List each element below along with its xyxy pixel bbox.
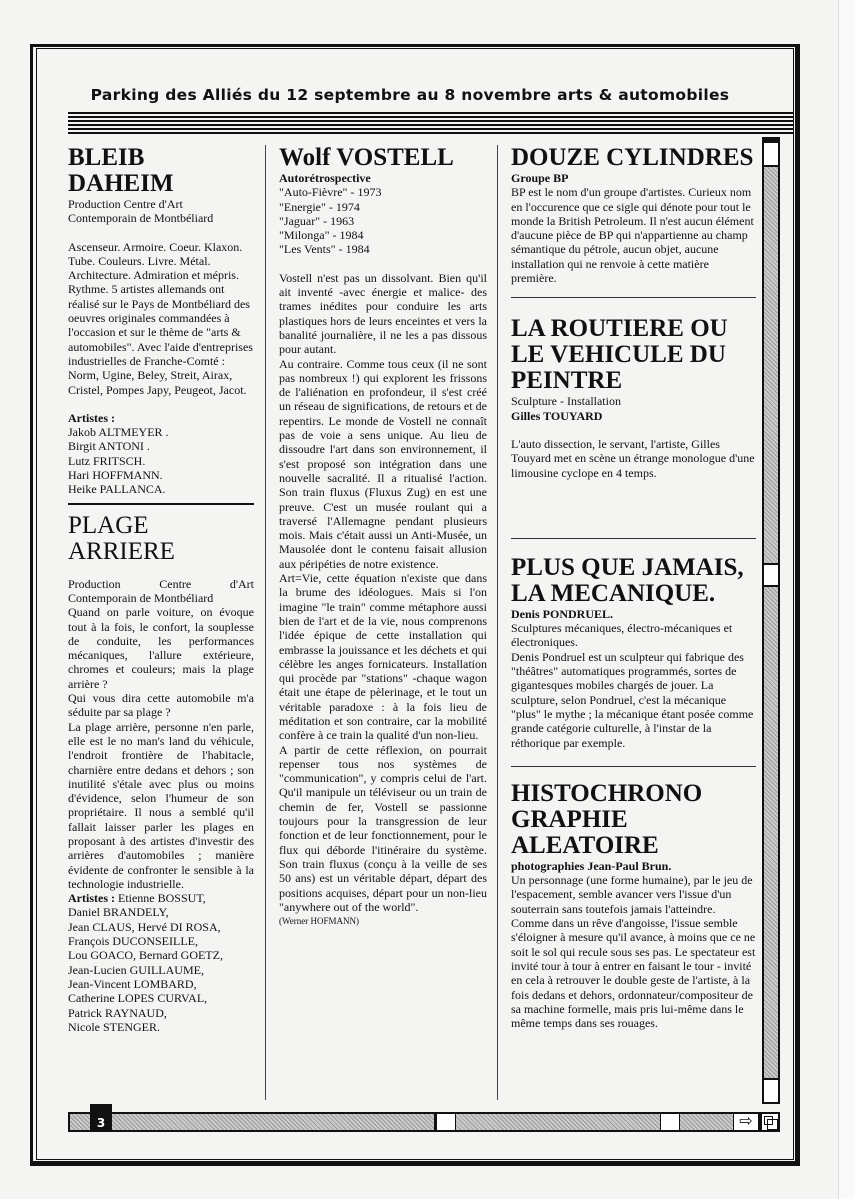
artist-item: Heike PALLANCA. — [68, 482, 254, 496]
plus-que-jamais-p2: Denis Pondruel est un sculpteur qui fabr… — [511, 650, 756, 750]
artist-item: Lou GOACO, Bernard GOETZ, — [68, 948, 254, 962]
douze-cylindres-subtitle: Groupe BP — [511, 171, 756, 185]
bleib-daheim-artists-label: Artistes : — [68, 411, 254, 425]
horizontal-scrollbar[interactable]: 3 ⇨ — [68, 1112, 760, 1132]
plage-arriere-artists-label: Artistes : — [68, 891, 115, 905]
douze-cylindres-title: DOUZE CYLINDRES — [511, 145, 756, 171]
vostell-subtitle: Autorétrospective — [279, 171, 487, 185]
plus-que-jamais-artist: Denis PONDRUEL. — [511, 607, 756, 621]
plage-arriere-p2: Qui vous dira cette automobile m'a sédui… — [68, 691, 254, 720]
la-routiere-kind: Sculpture - Installation — [511, 394, 756, 408]
work-item: "Jaguar" - 1963 — [279, 214, 487, 228]
artist-item: Lutz FRITSCH. — [68, 454, 254, 468]
artist-item: Etienne BOSSUT, — [118, 891, 206, 905]
page-number-tab[interactable]: 3 — [90, 1104, 112, 1132]
la-routiere-artist: Gilles TOUYARD — [511, 409, 756, 423]
douze-cylindres-body: BP est le nom d'un groupe d'artistes. Cu… — [511, 185, 756, 285]
vostell-p2: Au contraire. Comme tous ceux (il ne son… — [279, 357, 487, 571]
artist-item: Daniel BRANDELY, — [68, 905, 254, 919]
artist-item: Jean-Lucien GUILLAUME, — [68, 963, 254, 977]
work-item: "Les Vents" - 1984 — [279, 242, 487, 256]
artist-item: Nicole STENGER. — [68, 1020, 254, 1034]
resize-box-icon[interactable] — [760, 1112, 780, 1132]
artist-item: Jakob ALTMEYER . — [68, 425, 254, 439]
page-edge — [838, 0, 855, 1199]
column-right: DOUZE CYLINDRES Groupe BP BP est le nom … — [511, 145, 756, 1030]
artist-item: Birgit ANTONI . — [68, 439, 254, 453]
artist-item: Hari HOFFMANN. — [68, 468, 254, 482]
horizontal-scroll-thumb-secondary[interactable] — [660, 1114, 680, 1130]
la-routiere-body: L'auto dissection, le servant, l'artiste… — [511, 437, 756, 480]
artist-item: Patrick RAYNAUD, — [68, 1006, 254, 1020]
vostell-title: Wolf VOSTELL — [279, 145, 487, 171]
vostell-p3: Art=Vie, cette équation n'existe que dan… — [279, 571, 487, 743]
plage-arriere-p3: La plage arrière, personne n'en parle, e… — [68, 720, 254, 892]
work-item: "Auto-Fièvre" - 1973 — [279, 185, 487, 199]
vostell-citation: (Werner HOFMANN) — [279, 914, 487, 928]
histochrono-subtitle: photographies Jean-Paul Brun. — [511, 859, 756, 873]
section-divider — [511, 538, 756, 539]
plage-arriere-production: Production Centre d'Art Contemporain de … — [68, 577, 254, 606]
column-divider — [265, 145, 266, 1100]
plus-que-jamais-title: PLUS QUE JAMAIS, LA MECANIQUE. — [511, 555, 756, 607]
page-header: Parking des Alliés du 12 septembre au 8 … — [60, 86, 760, 104]
next-page-arrow-icon[interactable]: ⇨ — [733, 1114, 758, 1130]
histochrono-body: Un personnage (une forme humaine), par l… — [511, 873, 756, 1030]
vostell-p1: Vostell n'est pas un dissolvant. Bien qu… — [279, 271, 487, 357]
artist-item: Jean-Vincent LOMBARD, — [68, 977, 254, 991]
scroll-down-button[interactable] — [764, 1078, 778, 1102]
vostell-p4: A partir de cette réflexion, on pourrait… — [279, 743, 487, 915]
artist-item: François DUCONSEILLE, — [68, 934, 254, 948]
section-divider — [68, 503, 254, 505]
bleib-daheim-title: BLEIB DAHEIM — [68, 145, 254, 197]
title-bar-stripes — [68, 112, 793, 136]
la-routiere-title: LA ROUTIERE OU LE VEHICULE DU PEINTRE — [511, 316, 756, 394]
horizontal-scroll-thumb[interactable] — [434, 1114, 456, 1130]
section-divider — [511, 297, 756, 298]
artist-item: Jean CLAUS, Hervé DI ROSA, — [68, 920, 254, 934]
bleib-daheim-body: Ascenseur. Armoire. Coeur. Klaxon. Tube.… — [68, 240, 254, 397]
artist-item: Catherine LOPES CURVAL, — [68, 991, 254, 1005]
work-item: "Milonga" - 1984 — [279, 228, 487, 242]
scroll-up-button[interactable] — [764, 143, 778, 167]
bleib-daheim-production: Production Centre d'Art Contemporain de … — [68, 197, 254, 226]
work-item: "Energie" - 1974 — [279, 200, 487, 214]
plus-que-jamais-p1: Sculptures mécaniques, électro-mécanique… — [511, 621, 756, 650]
vertical-scroll-thumb[interactable] — [764, 563, 778, 587]
vertical-scrollbar[interactable] — [762, 137, 780, 1104]
column-divider — [497, 145, 498, 1100]
section-divider — [511, 766, 756, 767]
column-left: BLEIB DAHEIM Production Centre d'Art Con… — [68, 145, 254, 1034]
histochrono-title: HISTOCHRONO GRAPHIE ALEATOIRE — [511, 781, 756, 859]
column-middle: Wolf VOSTELL Autorétrospective "Auto-Fiè… — [279, 145, 487, 928]
plage-arriere-p1: Quand on parle voiture, on évoque tout à… — [68, 605, 254, 691]
plage-arriere-title: PLAGE ARRIERE — [68, 513, 254, 565]
